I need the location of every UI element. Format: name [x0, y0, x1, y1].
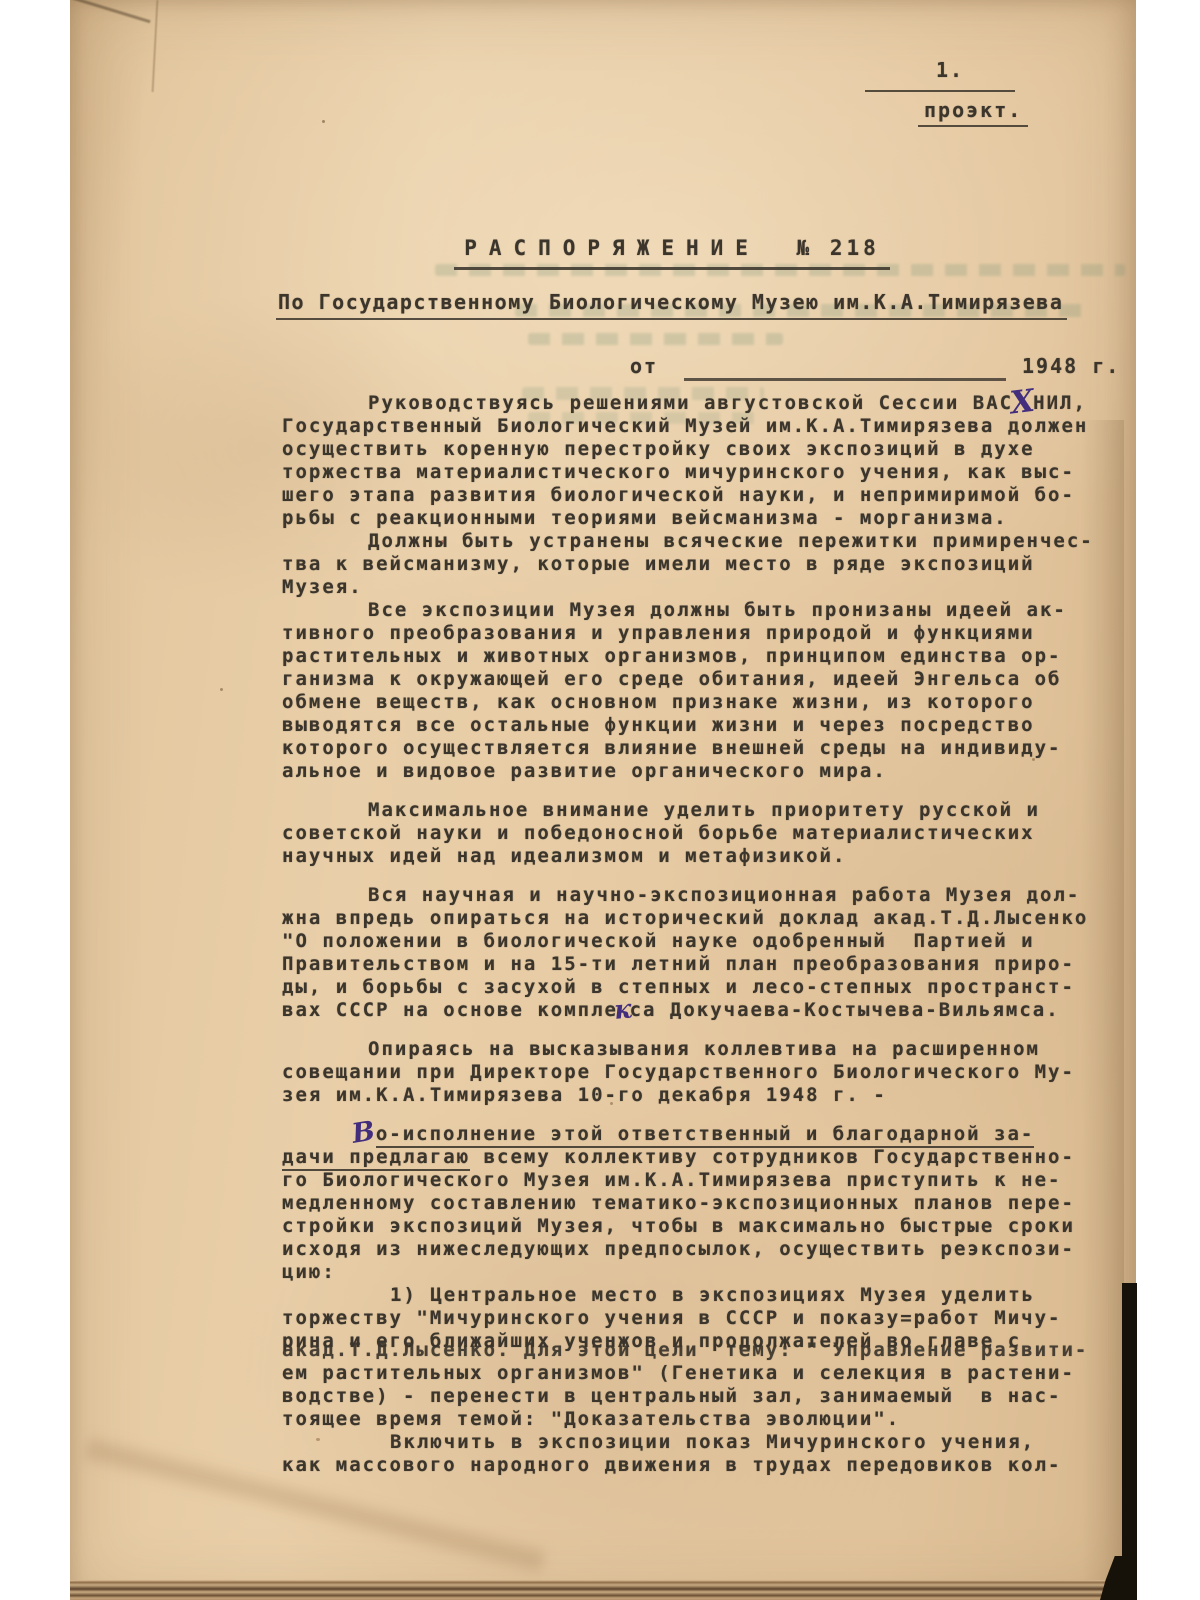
- text-line: го Биологического Музея им.К.А.Тимирязев…: [282, 1169, 1140, 1192]
- typed-text: советской науки и победоносной борьбе ма…: [282, 822, 1035, 844]
- text-line: зея им.К.А.Тимирязева 10-го декабря 1948…: [282, 1084, 1140, 1107]
- text-line: Все экспозиции Музея должны быть прониза…: [282, 599, 1140, 622]
- typed-text: о-исполнение этой ответственный и благод…: [376, 1123, 1035, 1148]
- text-line: ем растительных организмов" (Генетика и …: [282, 1362, 1140, 1385]
- text-line: Музея.: [282, 576, 1140, 599]
- document-page: 1. проэкт. РАСПОРЯЖЕНИЕ № 218 По Государ…: [70, 0, 1136, 1600]
- typed-text: как массового народного движения в труда…: [282, 1454, 1061, 1476]
- text-line: выводятся все остальные функции жизни и …: [282, 714, 1140, 737]
- text-line: Опираясь на высказывания коллевтива на р…: [282, 1038, 1140, 1061]
- text-line: Руководствуясь решениями августовской Се…: [282, 392, 1140, 415]
- text-line: рьбы с реакционными теориями вейсманизма…: [282, 507, 1140, 530]
- text-line: Вся научная и научно-экспозиционная рабо…: [282, 884, 1140, 907]
- text-line: Включить в экспозиции показ Мичуринского…: [282, 1431, 1140, 1454]
- typed-text: тоящее время темой: "Доказательства эвол…: [282, 1408, 900, 1430]
- typed-text: рьбы с реакционными теориями вейсманизма…: [282, 507, 1008, 529]
- date-year: 1948 г.: [1022, 354, 1120, 378]
- typed-text: всему коллективу сотрудников Государстве…: [470, 1146, 1075, 1168]
- typed-text: НИЛ,: [1033, 392, 1087, 414]
- page-number: 1.: [890, 58, 1010, 82]
- typed-text: 1) Центральное место в экспозициях Музея…: [390, 1284, 1035, 1306]
- typed-text: водстве) - перенести в центральный зал, …: [282, 1385, 1061, 1407]
- typed-text: выводятся все остальные функции жизни и …: [282, 714, 1035, 736]
- typed-text: научных идей над идеализмом и метафизико…: [282, 845, 846, 867]
- typed-text: тва к вейсманизму, которые имели место в…: [282, 553, 1035, 575]
- scan-edge-shadow: [1122, 1283, 1137, 1600]
- paper-speck: [220, 688, 223, 691]
- paper-speck: [322, 120, 325, 123]
- typed-text: Должны быть устранены всяческие пережитк…: [368, 530, 1094, 552]
- text-line: цию:: [282, 1261, 1140, 1284]
- text-line: исходя из нижеследующих предпосылок, осу…: [282, 1238, 1140, 1261]
- typed-text: шего этапа развития биологической науки,…: [282, 484, 1075, 506]
- text-line: тва к вейсманизму, которые имели место в…: [282, 553, 1140, 576]
- text-line: "О положении в биологической науке одобр…: [282, 930, 1140, 953]
- date-prefix: от: [630, 354, 658, 378]
- text-line: совещании при Директоре Государственного…: [282, 1061, 1140, 1084]
- text-line: жна впредь опираться на исторический док…: [282, 907, 1140, 930]
- text-line: растительных и животных организмов, прин…: [282, 645, 1140, 668]
- text-line: обмене веществ, как основном признаке жи…: [282, 691, 1140, 714]
- typed-text: исходя из нижеследующих предпосылок, осу…: [282, 1238, 1075, 1260]
- typed-text: Опираясь на высказывания коллевтива на р…: [368, 1038, 1040, 1060]
- paper-edge-shadow: [1082, 420, 1124, 1580]
- typed-text: акад.Т.Д.Лысенко. Для этой цели тему: " …: [282, 1339, 1088, 1361]
- typed-text: ем растительных организмов" (Генетика и …: [282, 1362, 1075, 1384]
- text-line: альное и видовое развитие органического …: [282, 760, 1140, 783]
- order-title: РАСПОРЯЖЕНИЕ: [464, 236, 760, 260]
- order-subtitle: По Государственному Биологическому Музею…: [276, 290, 1067, 320]
- text-line: стройки экспозиций Музея, чтобы в максим…: [282, 1215, 1140, 1238]
- ghost-text: [528, 333, 783, 345]
- text-line: ды, и борьбы с засухой в степных и лесо-…: [282, 976, 1140, 999]
- document-body: Руководствуясь решениями августовской Се…: [282, 392, 1140, 1477]
- typed-text: Государственный Биологический Музей им.К…: [282, 415, 1088, 437]
- typed-text: альное и видовое развитие органического …: [282, 760, 887, 782]
- date-blank-line: [684, 378, 1006, 381]
- typed-text: которого осуществляется влияние внешней …: [282, 737, 1061, 759]
- paper-crease: [152, 0, 159, 92]
- text-line: дачи предлагаю всему коллективу сотрудни…: [282, 1146, 1140, 1169]
- text-line: ганизма к окружающей его среде обитания,…: [282, 668, 1140, 691]
- typed-text: совещании при Директоре Государственного…: [282, 1061, 1075, 1083]
- text-line: Правительством и на 15-ти летний план пр…: [282, 953, 1140, 976]
- text-line: Во-исполнение этой ответственный и благо…: [282, 1123, 1140, 1146]
- text-line: вах СССР на основе комплекса Докучаева-К…: [282, 999, 1140, 1022]
- order-number: № 218: [797, 236, 880, 260]
- text-line: осуществить коренную перестройку своих э…: [282, 438, 1140, 461]
- typed-text: стройки экспозиций Музея, чтобы в максим…: [282, 1215, 1075, 1237]
- order-heading: РАСПОРЯЖЕНИЕ № 218: [372, 236, 972, 270]
- handwritten-correction: Х: [1011, 400, 1037, 403]
- typed-text: Руководствуясь решениями августовской Се…: [368, 392, 1013, 414]
- typed-text: Музея.: [282, 576, 363, 598]
- text-line: 1) Центральное место в экспозициях Музея…: [282, 1284, 1140, 1307]
- typed-text: Вся научная и научно-экспозиционная рабо…: [368, 884, 1080, 906]
- text-line: шего этапа развития биологической науки,…: [282, 484, 1140, 507]
- text-line: Максимальное внимание уделить приоритету…: [282, 799, 1140, 822]
- draft-label: проэкт.: [918, 98, 1028, 127]
- text-line: как массового народного движения в труда…: [282, 1454, 1140, 1477]
- typed-text: растительных и животных организмов, прин…: [282, 645, 1061, 667]
- handwritten-correction: к: [614, 1009, 634, 1011]
- typed-text: го Биологического Музея им.К.А.Тимирязев…: [282, 1169, 1061, 1191]
- typed-text: Все экспозиции Музея должны быть прониза…: [368, 599, 1067, 621]
- handwritten-correction: В: [352, 1131, 377, 1135]
- typed-text: торжества материалистического мичуринско…: [282, 461, 1075, 483]
- typed-text: ды, и борьбы с засухой в степных и лесо-…: [282, 976, 1075, 998]
- typed-text: ганизма к окружающей его среде обитания,…: [282, 668, 1061, 690]
- typed-text: са Докучаева-Костычева-Вильямса.: [630, 999, 1060, 1021]
- typed-text: тивного преобразования и управления прир…: [282, 622, 1035, 644]
- text-line: акад.Т.Д.Лысенко. Для этой цели тему: " …: [282, 1339, 1140, 1362]
- typed-text: медленному составлению тематико-экспозиц…: [282, 1192, 1075, 1214]
- page-stack-edge: [70, 1580, 1136, 1600]
- typed-text: жна впредь опираться на исторический док…: [282, 907, 1088, 929]
- text-line: которого осуществляется влияние внешней …: [282, 737, 1140, 760]
- page-number-underline: [865, 90, 1015, 92]
- typed-text: зея им.К.А.Тимирязева 10-го декабря 1948…: [282, 1084, 887, 1106]
- text-line: водстве) - перенести в центральный зал, …: [282, 1385, 1140, 1408]
- text-line: Должны быть устранены всяческие пережитк…: [282, 530, 1140, 553]
- text-line: советской науки и победоносной борьбе ма…: [282, 822, 1140, 845]
- text-line: научных идей над идеализмом и метафизико…: [282, 845, 1140, 868]
- typed-text: вах СССР на основе компле: [282, 999, 618, 1021]
- typed-text: Правительством и на 15-ти летний план пр…: [282, 953, 1075, 975]
- paper-corner-crease: [69, 0, 150, 23]
- text-line: тивного преобразования и управления прир…: [282, 622, 1140, 645]
- typed-text: обмене веществ, как основном признаке жи…: [282, 691, 1035, 713]
- typed-text: торжеству "Мичуринского учения в СССР и …: [282, 1307, 1061, 1329]
- text-line: торжества материалистического мичуринско…: [282, 461, 1140, 484]
- typed-text: Включить в экспозиции показ Мичуринского…: [390, 1431, 1035, 1453]
- typed-text: "О положении в биологической науке одобр…: [282, 930, 1035, 952]
- typed-text: Максимальное внимание уделить приоритету…: [368, 799, 1040, 821]
- text-line: тоящее время темой: "Доказательства эвол…: [282, 1408, 1140, 1431]
- text-line: торжеству "Мичуринского учения в СССР и …: [282, 1307, 1140, 1330]
- text-line: медленному составлению тематико-экспозиц…: [282, 1192, 1140, 1215]
- typed-text: цию:: [282, 1261, 336, 1283]
- scanned-document: 1. проэкт. РАСПОРЯЖЕНИЕ № 218 По Государ…: [0, 0, 1200, 1600]
- typed-text: осуществить коренную перестройку своих э…: [282, 438, 1035, 460]
- typed-text: дачи предлагаю: [282, 1146, 470, 1171]
